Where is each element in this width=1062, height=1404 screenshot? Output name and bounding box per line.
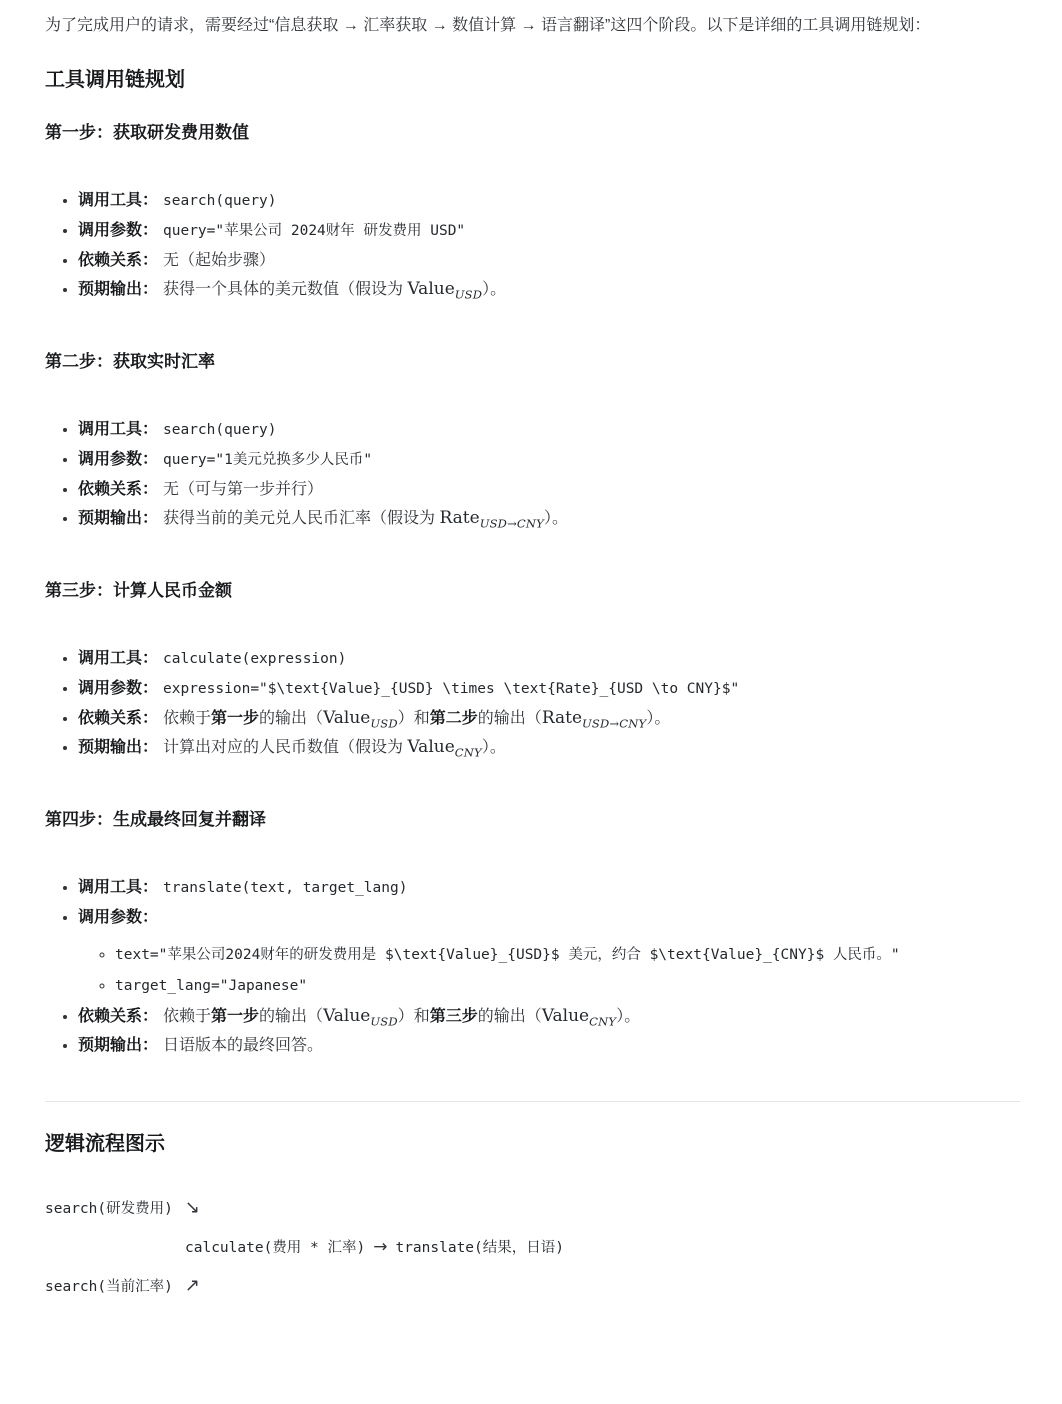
list-item-deps: 依赖关系：依赖于第一步的输出（ValueUSD）和第二步的输出（RateUSD→…	[78, 707, 1020, 730]
item-label: 调用参数：	[78, 909, 158, 926]
item-text: 的输出（	[259, 710, 323, 727]
item-label: 依赖关系：	[78, 481, 158, 498]
step-4-title: 第四步：生成最终回复并翻译	[45, 809, 1020, 830]
list-item-deps: 依赖关系：依赖于第一步的输出（ValueUSD）和第三步的输出（ValueCNY…	[78, 1005, 1020, 1028]
flow-line-1: search(研发费用)↘	[45, 1196, 1020, 1221]
item-text: 获得当前的美元兑人民币汇率（假设为	[163, 510, 439, 527]
step-ref: 第三步	[430, 1008, 478, 1025]
code-snippet: expression="$\text{Value}_{USD} \times \…	[163, 681, 739, 697]
item-label: 调用参数：	[78, 222, 158, 239]
code-snippet: search(当前汇率)	[45, 1279, 173, 1295]
step-ref: 第一步	[211, 1008, 259, 1025]
code-snippet: query="1美元兑换多少人民币"	[163, 452, 372, 468]
item-text: 日语版本的最终回答。	[163, 1037, 323, 1054]
document-page: 为了完成用户的请求，需要经过“信息获取 → 汇率获取 → 数值计算 → 语言翻译…	[0, 0, 1062, 1323]
item-text: 无（可与第一步并行）	[163, 481, 323, 498]
math-value: ValueUSD	[323, 708, 398, 728]
step-1-list: 调用工具：search(query) 调用参数：query="苹果公司 2024…	[45, 189, 1020, 301]
list-item-params: 调用参数：query="苹果公司 2024财年 研发费用 USD"	[78, 219, 1020, 243]
northeast-arrow-icon: ↗	[185, 1275, 200, 1296]
math-value: ValueCNY	[407, 737, 481, 757]
southeast-arrow-icon: ↘	[185, 1197, 200, 1218]
code-snippet: target_lang="Japanese"	[115, 978, 307, 994]
item-label: 预期输出：	[78, 510, 158, 527]
intro-paragraph: 为了完成用户的请求，需要经过“信息获取 → 汇率获取 → 数值计算 → 语言翻译…	[45, 14, 1020, 37]
list-item-output: 预期输出：获得一个具体的美元数值（假设为 ValueUSD）。	[78, 278, 1020, 301]
flow-line-3: search(当前汇率)↗	[45, 1274, 1020, 1299]
sub-list-item-target-lang-param: target_lang="Japanese"	[115, 974, 1020, 998]
list-item-tool: 调用工具：translate(text, target_lang)	[78, 876, 1020, 900]
code-snippet: calculate(费用 * 汇率)	[185, 1240, 365, 1256]
item-label: 调用工具：	[78, 650, 158, 667]
item-text: 获得一个具体的美元数值（假设为	[163, 281, 407, 298]
item-label: 依赖关系：	[78, 1008, 158, 1025]
item-text: ）。	[646, 710, 670, 727]
code-snippet: search(研发费用)	[45, 1201, 173, 1217]
item-label: 依赖关系：	[78, 710, 158, 727]
item-label: 调用工具：	[78, 879, 158, 896]
flow-line-2: calculate(费用 * 汇率)→translate(结果，日语)	[45, 1235, 1020, 1260]
item-label: 预期输出：	[78, 281, 158, 298]
math-value: ValueUSD	[407, 279, 482, 299]
item-label: 调用工具：	[78, 421, 158, 438]
step-4-list: 调用工具：translate(text, target_lang) 调用参数： …	[45, 876, 1020, 1057]
code-snippet: query="苹果公司 2024财年 研发费用 USD"	[163, 223, 465, 239]
code-snippet: calculate(expression)	[163, 651, 346, 667]
step-ref: 第二步	[430, 710, 478, 727]
list-item-output: 预期输出：获得当前的美元兑人民币汇率（假设为 RateUSD→CNY）。	[78, 507, 1020, 530]
list-item-deps: 依赖关系：无（起始步骤）	[78, 249, 1020, 272]
item-text: ）和	[398, 1008, 430, 1025]
item-label: 预期输出：	[78, 739, 158, 756]
section-title-flow-diagram: 逻辑流程图示	[45, 1132, 1020, 1156]
right-arrow-icon: →	[373, 1237, 387, 1257]
step-3-title: 第三步：计算人民币金额	[45, 580, 1020, 601]
code-snippet: search(query)	[163, 193, 277, 209]
code-snippet: text="苹果公司2024财年的研发费用是 $\text{Value}_{US…	[115, 947, 900, 963]
horizontal-divider	[45, 1101, 1020, 1102]
list-item-output: 预期输出：日语版本的最终回答。	[78, 1034, 1020, 1057]
item-text: ）。	[616, 1008, 640, 1025]
section-title-tool-chain: 工具调用链规划	[45, 68, 1020, 92]
item-label: 预期输出：	[78, 1037, 158, 1054]
list-item-params: 调用参数： text="苹果公司2024财年的研发费用是 $\text{Valu…	[78, 906, 1020, 998]
list-item-params: 调用参数：expression="$\text{Value}_{USD} \ti…	[78, 677, 1020, 701]
item-text: 的输出（	[478, 710, 542, 727]
math-value: ValueCNY	[542, 1006, 616, 1026]
math-value: RateUSD→CNY	[542, 708, 647, 728]
step-ref: 第一步	[211, 710, 259, 727]
item-text: ）。	[544, 510, 568, 527]
list-item-params: 调用参数：query="1美元兑换多少人民币"	[78, 448, 1020, 472]
item-label: 调用参数：	[78, 451, 158, 468]
list-item-tool: 调用工具：search(query)	[78, 418, 1020, 442]
list-item-tool: 调用工具：search(query)	[78, 189, 1020, 213]
params-sub-list: text="苹果公司2024财年的研发费用是 $\text{Value}_{US…	[78, 943, 1020, 998]
code-snippet: translate(结果，日语)	[395, 1240, 564, 1256]
math-value: RateUSD→CNY	[439, 508, 544, 528]
item-label: 调用工具：	[78, 192, 158, 209]
step-3-list: 调用工具：calculate(expression) 调用参数：expressi…	[45, 647, 1020, 759]
math-value: ValueUSD	[323, 1006, 398, 1026]
item-text: 依赖于	[163, 1008, 211, 1025]
item-text: ）和	[398, 710, 430, 727]
item-text: 的输出（	[259, 1008, 323, 1025]
item-label: 调用参数：	[78, 680, 158, 697]
item-text: ）。	[482, 739, 506, 756]
code-snippet: translate(text, target_lang)	[163, 880, 407, 896]
item-text: ）。	[482, 281, 506, 298]
item-text: 计算出对应的人民币数值（假设为	[163, 739, 407, 756]
list-item-deps: 依赖关系：无（可与第一步并行）	[78, 478, 1020, 501]
item-text: 无（起始步骤）	[163, 252, 275, 269]
list-item-output: 预期输出：计算出对应的人民币数值（假设为 ValueCNY）。	[78, 736, 1020, 759]
sub-list-item-text-param: text="苹果公司2024财年的研发费用是 $\text{Value}_{US…	[115, 943, 1020, 967]
item-text: 的输出（	[478, 1008, 542, 1025]
list-item-tool: 调用工具：calculate(expression)	[78, 647, 1020, 671]
item-label: 依赖关系：	[78, 252, 158, 269]
item-text: 依赖于	[163, 710, 211, 727]
step-2-list: 调用工具：search(query) 调用参数：query="1美元兑换多少人民…	[45, 418, 1020, 530]
code-snippet: search(query)	[163, 422, 277, 438]
step-1-title: 第一步：获取研发费用数值	[45, 122, 1020, 143]
step-2-title: 第二步：获取实时汇率	[45, 351, 1020, 372]
